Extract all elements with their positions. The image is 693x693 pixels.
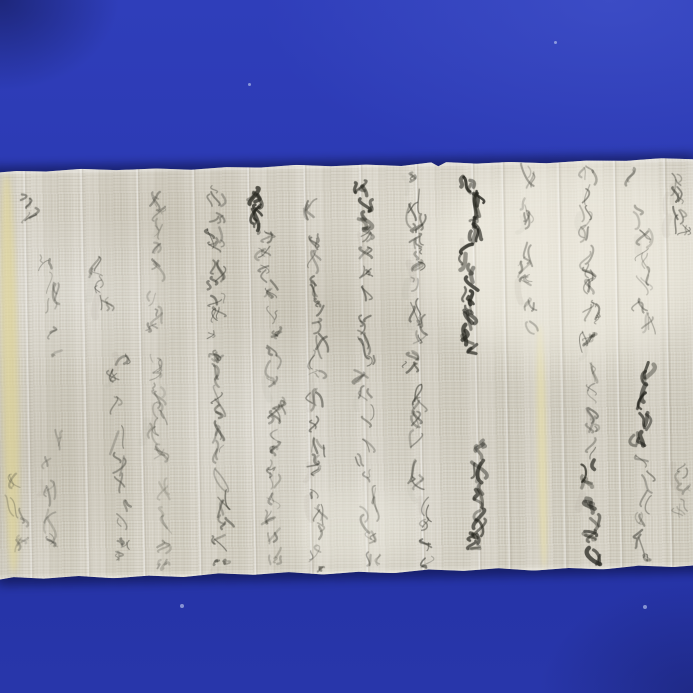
ink-stroke: [468, 184, 471, 192]
ink-stroke: [683, 486, 689, 493]
ink-stroke: [584, 305, 591, 321]
ink-stroke: [521, 199, 525, 210]
ink-stroke: [579, 168, 585, 177]
ink-stroke: [672, 508, 683, 515]
ink-bleed-ghost: [404, 177, 408, 194]
ink-bleed-ghost: [462, 240, 465, 262]
ink-stroke: [267, 306, 275, 323]
ink-stroke: [205, 230, 214, 238]
ink-stroke: [481, 440, 485, 447]
ink-stroke: [367, 470, 370, 478]
ink-stroke: [38, 260, 49, 270]
ink-bleed-ghost: [412, 315, 414, 330]
ink-stroke: [59, 431, 62, 438]
ink-bleed-ghost: [405, 281, 408, 297]
ink-bleed-ghost: [265, 377, 270, 399]
ink-stroke: [316, 392, 322, 406]
ink-stroke: [117, 514, 127, 530]
ink-stroke: [367, 389, 371, 397]
ink-bleed-ghost: [580, 345, 586, 359]
ink-stroke: [419, 248, 421, 254]
ink-stroke: [127, 540, 129, 549]
ink-stroke: [268, 533, 270, 543]
manuscript-paper: [0, 157, 693, 581]
ink-stroke: [677, 174, 681, 182]
ink-stroke: [207, 194, 212, 206]
ink-stroke: [5, 495, 13, 516]
ink-stroke: [218, 515, 224, 524]
ink-stroke: [207, 281, 210, 289]
ink-stroke: [277, 557, 281, 564]
ink-stroke: [269, 528, 280, 540]
ink-bleed-ghost: [355, 397, 357, 409]
ink-stroke: [310, 551, 313, 560]
ink-stroke: [479, 485, 483, 494]
ink-stroke: [317, 234, 319, 242]
ink-stroke: [271, 430, 277, 439]
ink-stroke: [315, 373, 318, 377]
ink-stroke: [261, 236, 270, 242]
ink-stroke: [471, 268, 474, 282]
ink-bleed-ghost: [420, 498, 421, 512]
ink-stroke: [161, 562, 169, 569]
ink-stroke: [48, 517, 56, 539]
ink-bleed-ghost: [307, 497, 312, 520]
ink-bleed-ghost: [88, 276, 91, 300]
photo-blue-backdrop: [0, 0, 693, 693]
ink-stroke: [99, 276, 103, 288]
ink-stroke: [221, 293, 225, 303]
ink-stroke: [678, 227, 691, 234]
ink-bleed-ghost: [518, 281, 521, 303]
dust-speck: [248, 83, 251, 86]
ink-bleed-ghost: [213, 261, 217, 278]
ink-stroke: [414, 252, 418, 260]
ink-stroke: [462, 287, 466, 301]
ink-stroke: [49, 259, 51, 268]
ink-bleed-ghost: [305, 464, 310, 482]
ink-stroke: [319, 526, 322, 539]
ink-stroke: [471, 463, 474, 478]
ink-stroke: [319, 371, 326, 378]
dust-speck: [554, 41, 557, 44]
ink-stroke: [579, 332, 583, 352]
manuscript-paper-wrapper: [0, 157, 693, 581]
ink-stroke: [677, 464, 685, 472]
ink-stroke: [153, 383, 155, 390]
ink-stroke: [161, 387, 165, 397]
ink-stroke: [258, 224, 259, 234]
ink-stroke: [306, 205, 314, 217]
ink-stroke: [625, 168, 635, 185]
ink-stroke: [269, 555, 271, 564]
ink-stroke: [530, 321, 538, 330]
ink-stroke: [407, 363, 415, 373]
ink-stroke: [110, 432, 119, 454]
ink-stroke: [274, 475, 280, 488]
ink-bleed-ghost: [94, 295, 98, 316]
ink-stroke: [21, 194, 27, 200]
ink-stroke: [149, 293, 156, 306]
ink-bleed-ghost: [142, 422, 147, 443]
ink-stroke: [598, 514, 600, 525]
ink-stroke: [150, 354, 153, 362]
ink-stroke: [216, 307, 219, 318]
ink-bleed-ghost: [637, 238, 638, 252]
ink-stroke: [221, 240, 224, 247]
ink-stroke: [122, 426, 124, 448]
ink-stroke: [523, 243, 527, 257]
dust-speck: [180, 604, 184, 608]
ink-stroke: [45, 457, 47, 466]
ink-bleed-ghost: [671, 465, 675, 485]
ink-stroke: [461, 177, 463, 187]
ink-stroke: [45, 299, 49, 313]
ink-stroke: [314, 251, 321, 260]
ink-stroke: [117, 518, 121, 526]
ink-stroke: [254, 218, 256, 227]
ink-stroke: [373, 356, 375, 364]
ink-stroke: [225, 490, 229, 510]
ink-stroke: [590, 518, 597, 530]
ink-stroke: [647, 471, 655, 481]
ink-stroke: [373, 497, 379, 521]
ink-bleed-ghost: [213, 214, 217, 235]
ink-stroke: [416, 299, 421, 315]
ink-stroke: [411, 434, 423, 447]
ink-stroke: [420, 519, 426, 526]
ink-stroke: [276, 355, 281, 369]
ink-stroke: [275, 311, 278, 320]
ink-bleed-ghost: [578, 495, 583, 509]
ink-stroke: [55, 430, 59, 450]
ink-stroke: [211, 192, 220, 206]
ink-stroke: [683, 468, 688, 478]
ink-bleed-ghost: [110, 354, 118, 371]
ink-stroke: [110, 397, 118, 414]
ink-stroke: [220, 431, 221, 439]
ink-stroke: [634, 212, 640, 229]
ink-stroke: [153, 324, 157, 329]
ink-bleed-ghost: [665, 194, 668, 213]
ink-bleed-ghost: [107, 373, 110, 386]
ink-stroke: [402, 362, 406, 368]
ink-stroke: [215, 560, 219, 562]
ink-stroke: [590, 447, 596, 459]
ink-stroke: [532, 303, 534, 311]
ink-stroke: [584, 479, 592, 487]
ink-stroke: [219, 445, 223, 452]
ink-stroke: [19, 509, 24, 523]
ink-bleed-ghost: [39, 481, 43, 495]
ink-stroke: [469, 231, 471, 239]
ink-stroke: [221, 194, 225, 206]
ink-stroke: [474, 490, 478, 499]
ink-stroke: [223, 560, 225, 564]
ink-stroke: [645, 496, 651, 514]
ink-stroke: [376, 555, 380, 564]
ink-stroke: [55, 303, 57, 309]
ink-stroke: [114, 453, 121, 463]
ink-stroke: [418, 189, 420, 214]
ink-stroke: [269, 416, 273, 423]
ink-stroke: [370, 405, 374, 420]
ink-stroke: [592, 460, 594, 469]
ink-stroke: [147, 292, 150, 301]
ink-stroke: [309, 356, 314, 369]
ink-stroke: [92, 268, 103, 276]
ink-stroke: [118, 552, 119, 560]
ink-stroke: [356, 457, 360, 466]
ink-bleed-ghost: [517, 217, 524, 233]
ink-stroke: [364, 316, 371, 321]
ink-stroke: [324, 445, 325, 456]
handwriting-ink: [0, 157, 693, 581]
ink-stroke: [208, 299, 222, 306]
ink-stroke: [159, 507, 163, 516]
ink-stroke: [640, 413, 645, 428]
ink-stroke: [157, 541, 164, 548]
dust-speck: [643, 605, 647, 609]
ink-stroke: [420, 237, 424, 245]
ink-stroke: [52, 351, 62, 357]
ink-stroke: [226, 518, 234, 527]
ink-bleed-ghost: [665, 218, 669, 234]
ink-stroke: [214, 539, 226, 551]
ink-stroke: [528, 166, 531, 177]
ink-stroke: [362, 286, 366, 300]
ink-stroke: [126, 501, 131, 507]
ink-stroke: [40, 255, 42, 263]
ink-stroke: [630, 435, 636, 446]
ink-stroke: [155, 309, 157, 316]
ink-stroke: [368, 207, 371, 212]
ink-stroke: [261, 270, 267, 282]
ink-stroke: [46, 272, 52, 293]
ink-stroke: [583, 302, 594, 312]
ink-stroke: [362, 417, 371, 427]
